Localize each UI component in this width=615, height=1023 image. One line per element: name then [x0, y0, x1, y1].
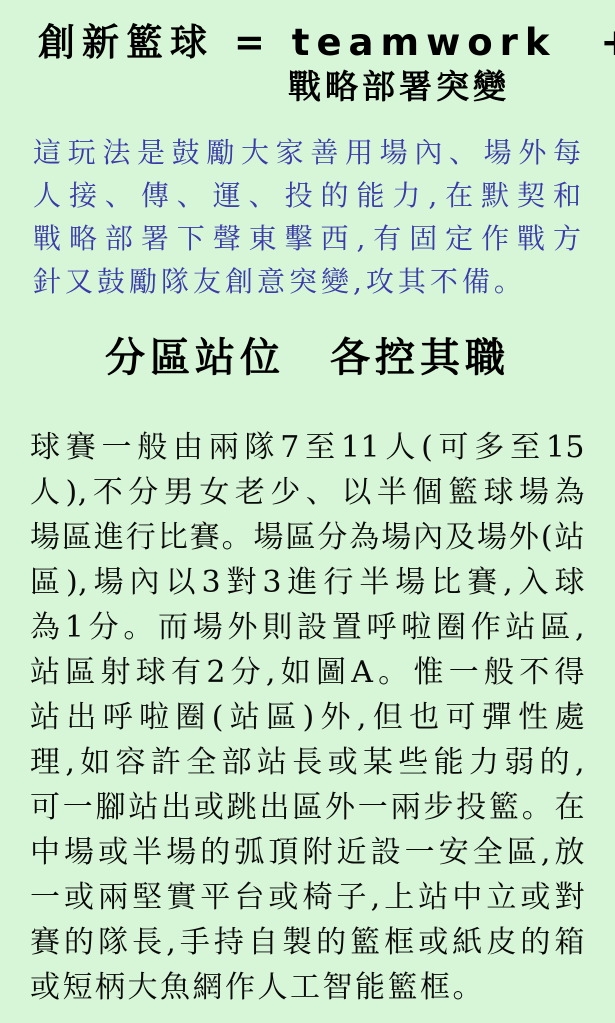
intro-paragraph: 這玩法是鼓勵大家善用場內、場外每人接、傳、運、投的能力,在默契和戰略部署下聲東擊… [33, 131, 582, 303]
section-heading: 分區站位 各控其職 [0, 333, 615, 383]
body-paragraph: 球賽一般由兩隊7至11人(可多至15人),不分男女老少、以半個籃球場為場區進行比… [30, 425, 585, 1010]
text-line: 或短柄大魚網作人工智能籃框。 [30, 965, 585, 1010]
text-line: 人接、傳、運、投的能力,在默契和 [33, 174, 582, 217]
text-line: 站出呼啦圈(站區)外,但也可彈性處 [30, 695, 585, 740]
text-line: 這玩法是鼓勵大家善用場內、場外每 [33, 131, 582, 174]
text-line: 區),場內以3對3進行半場比賽,入球 [30, 560, 585, 605]
text-line: 場區進行比賽。場區分為場內及場外(站 [30, 515, 585, 560]
text-line: 為1分。而場外則設置呼啦圈作站區, [30, 605, 585, 650]
text-line: 中場或半場的弧頂附近設一安全區,放 [30, 830, 585, 875]
text-line: 球賽一般由兩隊7至11人(可多至15 [30, 425, 585, 470]
text-line: 可一腳站出或跳出區外一兩步投籃。在 [30, 785, 585, 830]
text-line: 理,如容許全部站長或某些能力弱的, [30, 740, 585, 785]
text-line: 賽的隊長,手持自製的籃框或紙皮的箱 [30, 920, 585, 965]
text-line: 站區射球有2分,如圖A。惟一般不得 [30, 650, 585, 695]
text-line: 人),不分男女老少、以半個籃球場為 [30, 470, 585, 515]
page: 創新籃球 = teamwork + 戰略部署突變 這玩法是鼓勵大家善用場內、場外… [0, 0, 615, 1023]
title-line-1: 創新籃球 = teamwork + [38, 20, 615, 66]
page-title: 創新籃球 = teamwork + 戰略部署突變 [0, 0, 615, 106]
text-line: 戰略部署下聲東擊西,有固定作戰方 [33, 217, 582, 260]
text-line: 針又鼓勵隊友創意突變,攻其不備。 [33, 260, 582, 303]
text-line: 一或兩堅實平台或椅子,上站中立或對 [30, 875, 585, 920]
title-line-2: 戰略部署突變 [288, 68, 615, 106]
